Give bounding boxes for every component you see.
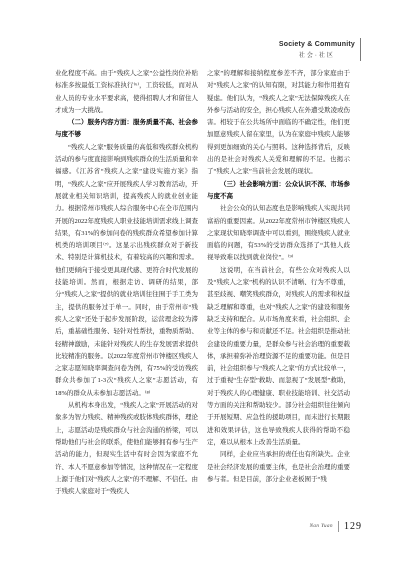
page-footer: Nan Yuan 129 [310, 521, 362, 532]
section-labels: Society & Community 社会·社区 [279, 41, 355, 59]
paragraph-continued: 业化程度不高。由于“残疾人之家”公益性岗位补贴标准多按最低工资标准执行⁽⁶⁾，工… [55, 68, 198, 117]
section-label-zh: 社会·社区 [279, 50, 355, 59]
header-divider-bar [360, 38, 361, 61]
right-column: 之家”的理解和接纳程度参差不齐，部分家庭由于对“残疾人之家”的认知有限，对其能力… [207, 68, 350, 498]
page-number: 129 [344, 521, 362, 532]
footer-divider-bar [338, 521, 339, 532]
paragraph-continued: 之家”的理解和接纳程度参差不齐，部分家庭由于对“残疾人之家”的认知有限，对其能力… [207, 68, 350, 179]
journal-name: Nan Yuan [310, 524, 333, 529]
article-body: 业化程度不高。由于“残疾人之家”公益性岗位补贴标准多按最低工资标准执行⁽⁶⁾，工… [55, 68, 350, 498]
paragraph: 同样，企业应当承担的责任也有所缺失。企业是社会经济发展的重要主体，也是社会治理的… [207, 449, 350, 486]
paragraph: 社会公众的认知态度也是影响残疾人实现共同富裕的重要因素。从2022年度常州市钟楼… [207, 203, 350, 264]
paragraph: 这说明，在当前社会，有些公众对残疾人以及“残疾人之家”机构的认识不清晰、行为不尊… [207, 265, 350, 449]
section-header: Society & Community 社会·社区 [279, 38, 361, 61]
document-page: Society & Community 社会·社区 业化程度不高。由于“残疾人之… [0, 0, 402, 564]
subsection-heading-3: （三）社会影响方面：公众认识不深、市场参与度不高 [207, 179, 350, 204]
paragraph: “残疾人之家”服务质量的高低和残疾群众机构活动的参与度直接影响到残疾群众的生活质… [55, 142, 198, 400]
left-column: 业化程度不高。由于“残疾人之家”公益性岗位补贴标准多按最低工资标准执行⁽⁶⁾，工… [55, 68, 198, 498]
section-label-en: Society & Community [279, 41, 355, 48]
subsection-heading-2: （二）服务内容方面：服务质量不高、社会参与度不够 [55, 117, 198, 142]
paragraph: 从机构本身出发，“残疾人之家”开展活动的对象多为智力残疾、精神残疾或肢体残疾群体… [55, 400, 198, 498]
